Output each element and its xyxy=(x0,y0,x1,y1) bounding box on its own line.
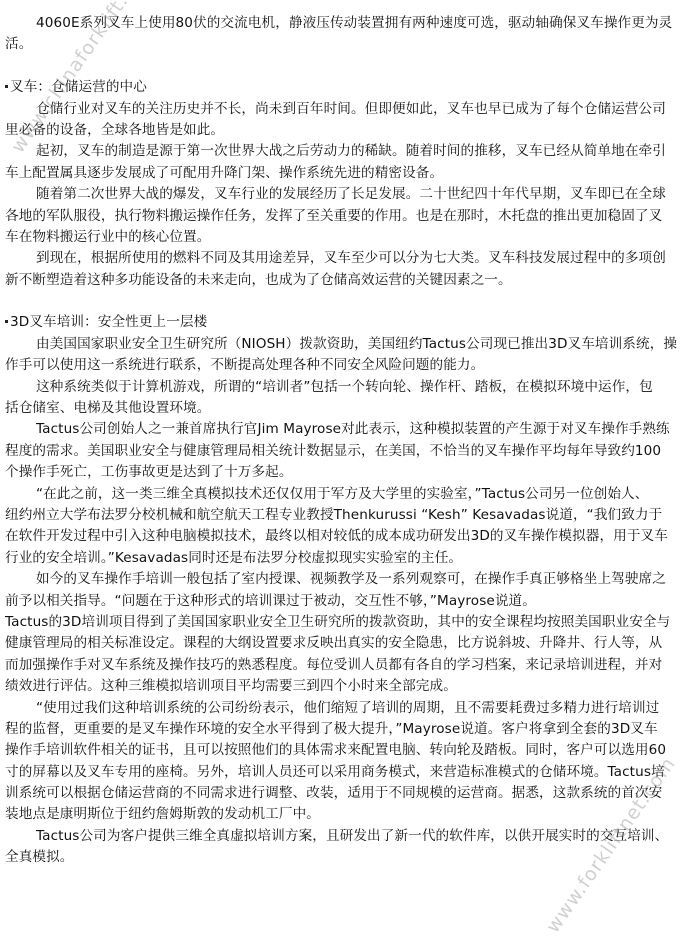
text-line: 训系统可以根据仓储运营商的不同需求进行调整、改装，适用于不同规模的运营商。据悉，… xyxy=(5,783,677,804)
bullet-icon xyxy=(5,320,8,323)
paragraph: Tactus公司为客户提供三维全真虚拟培训方案，且研发出了新一代的软件库，以供开… xyxy=(5,826,677,869)
text-line: 全真模拟。 xyxy=(5,847,677,868)
text-line: 随着第二次世界大战的爆发，叉车行业的发展经历了长足发展。二十世纪四十年代早期，叉… xyxy=(5,184,677,205)
paragraph: “使用过我们这种培训系统的公司纷纷表示，他们缩短了培训的周期，且不需要耗费过多精… xyxy=(5,698,677,826)
text-line: 装地点是康明斯位于纽约詹姆斯敦的发动机工厂中。 xyxy=(5,804,677,825)
text-line: Tactus公司为客户提供三维全真虚拟培训方案，且研发出了新一代的软件库，以供开… xyxy=(5,826,677,847)
paragraph: 由美国国家职业安全卫生研究所（NIOSH）拨款资助，美国纽约Tactus公司现已… xyxy=(5,334,677,377)
section-heading: 3D叉车培训：安全性更上一层楼 xyxy=(5,312,677,333)
paragraph: 如今的叉车操作手培训一般包括了室内授课、视频教学及一系列观察可，在操作手真正够格… xyxy=(5,569,677,612)
text-line: 前予以相关指导。“问题在于这种形式的培训课过于被动，交互性不够，”Mayrose… xyxy=(5,591,677,612)
text-line: “在此之前，这一类三维全真模拟技术还仅仅用于军方及大学里的实验室，”Tactus… xyxy=(5,484,677,505)
intro-paragraph: 4060E系列叉车上使用80伏的交流电机，静液压传动装置拥有两种速度可选，驱动轴… xyxy=(5,13,677,56)
text-line: 程度的需求。美国职业安全与健康管理局相关统计数据显示，在美国，不恰当的叉车操作平… xyxy=(5,441,677,462)
text-line: 如今的叉车操作手培训一般包括了室内授课、视频教学及一系列观察可，在操作手真正够格… xyxy=(5,569,677,590)
text-line: 程的监督，更重要的是叉车操作环境的安全水平得到了极大提升，”Mayrose说道。… xyxy=(5,719,677,740)
text-line: 健康管理局的相关标准设定。课程的大纲设置要求反映出真实的安全隐患，比方说斜坡、升… xyxy=(5,633,677,654)
text-line: 寸的屏幕以及叉车专用的座椅。另外，培训人员还可以采用商务模式，来营造标准模式的仓… xyxy=(5,762,677,783)
text-line: 由美国国家职业安全卫生研究所（NIOSH）拨款资助，美国纽约Tactus公司现已… xyxy=(5,334,677,355)
paragraph: Tactus公司创始人之一兼首席执行官Jim Mayrose对此表示，这种模拟装… xyxy=(5,419,677,483)
spacer xyxy=(5,291,677,312)
paragraph: 随着第二次世界大战的爆发，叉车行业的发展经历了长足发展。二十世纪四十年代早期，叉… xyxy=(5,184,677,248)
text-line: 里必备的设备，全球各地皆是如此。 xyxy=(5,120,677,141)
paragraph: 到现在，根据所使用的燃料不同及其用途差异，叉车至少可以分为七大类。叉车科技发展过… xyxy=(5,248,677,291)
paragraph: “在此之前，这一类三维全真模拟技术还仅仅用于军方及大学里的实验室，”Tactus… xyxy=(5,484,677,570)
text-line: 括仓储室、电梯及其他设置环境。 xyxy=(5,398,677,419)
text-line: 个操作手死亡，工伤事故更是达到了十万多起。 xyxy=(5,462,677,483)
text-line: 操作手培训软件相关的证书，且可以按照他们的具体需求来配置电脑、转向轮及踏板。同时… xyxy=(5,740,677,761)
text-line: 行业的安全培训。”Kesavadas同时还是布法罗分校虚拟现实实验室的主任。 xyxy=(5,548,677,569)
text-line: 仓储行业对叉车的关注历史并不长，尚未到百年时间。但即便如此，叉车也早已成为了每个… xyxy=(5,99,677,120)
paragraph: 仓储行业对叉车的关注历史并不长，尚未到百年时间。但即便如此，叉车也早已成为了每个… xyxy=(5,99,677,142)
text-line: 这种系统类似于计算机游戏，所谓的“培训者”包括一个转向轮、操作杆、踏板，在模拟环… xyxy=(5,377,677,398)
text-line: 车上配置属具逐步发展成了可配用升降门架、操作系统先进的精密设备。 xyxy=(5,163,677,184)
text-line: 在软件开发过程中引入这种电脑模拟技术，最终以相对较低的成本成功研发出3D的叉车操… xyxy=(5,526,677,547)
section-forklift-warehouse: 叉车：仓储运营的中心 仓储行业对叉车的关注历史并不长，尚未到百年时间。但即便如此… xyxy=(5,77,677,291)
paragraph: 起初，叉车的制造是源于第一次世界大战之后劳动力的稀缺。随着时间的推移，叉车已经从… xyxy=(5,141,677,184)
text-line: 纽约州立大学布法罗分校机械和航空航天工程专业教授Thenkurussi “Kes… xyxy=(5,505,677,526)
text-line: 各地的军队服役，执行物料搬运操作任务，发挥了至关重要的作用。也是在那时，木托盘的… xyxy=(5,206,677,227)
text-line: 活。 xyxy=(5,34,677,55)
section-heading-text: 叉车：仓储运营的中心 xyxy=(10,79,147,95)
text-line: “使用过我们这种培训系统的公司纷纷表示，他们缩短了培训的周期，且不需要耗费过多精… xyxy=(5,698,677,719)
text-line: 而加强操作手对叉车系统及操作技巧的熟悉程度。每位受训人员都有各自的学习档案，来记… xyxy=(5,655,677,676)
bullet-icon xyxy=(5,85,8,88)
text-line: Tactus的3D培训项目得到了美国国家职业安全卫生研究所的拨款资助，其中的安全… xyxy=(5,612,677,633)
section-heading-text: 3D叉车培训：安全性更上一层楼 xyxy=(10,314,207,330)
text-line: 起初，叉车的制造是源于第一次世界大战之后劳动力的稀缺。随着时间的推移，叉车已经从… xyxy=(5,141,677,162)
section-3d-training: 3D叉车培训：安全性更上一层楼 由美国国家职业安全卫生研究所（NIOSH）拨款资… xyxy=(5,312,677,868)
text-line: 到现在，根据所使用的燃料不同及其用途差异，叉车至少可以分为七大类。叉车科技发展过… xyxy=(5,248,677,269)
text-line: 车在物料搬运行业中的核心位置。 xyxy=(5,227,677,248)
paragraph: 这种系统类似于计算机游戏，所谓的“培训者”包括一个转向轮、操作杆、踏板，在模拟环… xyxy=(5,377,677,420)
section-heading: 叉车：仓储运营的中心 xyxy=(5,77,677,98)
text-line: 绩效进行评估。这种三维模拟培训项目平均需要三到四个小时来全部完成。 xyxy=(5,676,677,697)
spacer xyxy=(5,56,677,77)
article: 4060E系列叉车上使用80伏的交流电机，静液压传动装置拥有两种速度可选，驱动轴… xyxy=(5,13,677,869)
text-line: 新不断塑造着这种多功能设备的未来走向，也成为了仓储高效运营的关键因素之一。 xyxy=(5,270,677,291)
text-line: Tactus公司创始人之一兼首席执行官Jim Mayrose对此表示，这种模拟装… xyxy=(5,419,677,440)
paragraph: Tactus的3D培训项目得到了美国国家职业安全卫生研究所的拨款资助，其中的安全… xyxy=(5,612,677,698)
text-line: 作手可以使用这一系统进行联系，不断提高处理各种不同安全风险问题的能力。 xyxy=(5,355,677,376)
text-line: 4060E系列叉车上使用80伏的交流电机，静液压传动装置拥有两种速度可选，驱动轴… xyxy=(5,13,677,34)
